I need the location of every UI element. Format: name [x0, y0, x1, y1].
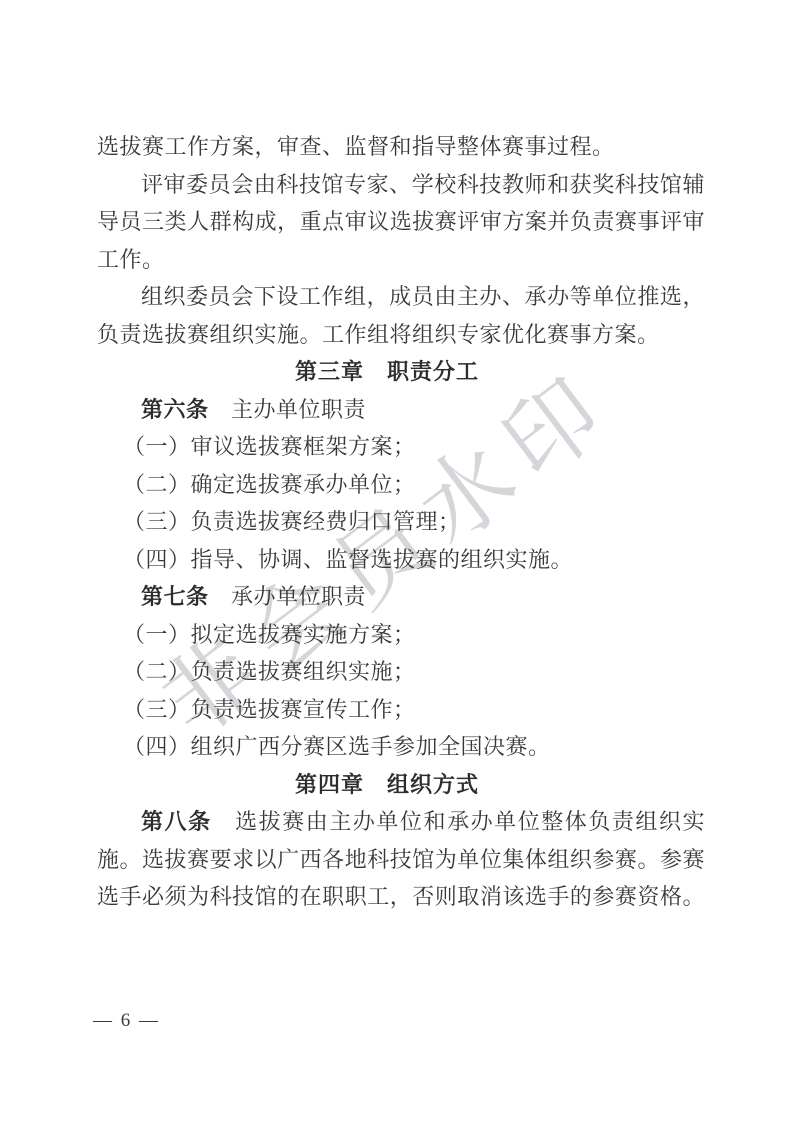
- article-heading: 第八条 选拔赛由主办单位和承办单位整体负责组织实: [97, 803, 705, 841]
- document-content: 选拔赛工作方案，审查、监督和指导整体赛事过程。评审委员会由科技馆专家、学校科技教…: [97, 128, 705, 916]
- text-line: 选手必须为科技馆的在职职工，否则取消该选手的参赛资格。: [97, 878, 705, 916]
- document-page: 非会员水印 选拔赛工作方案，审查、监督和指导整体赛事过程。评审委员会由科技馆专家…: [0, 0, 793, 1121]
- chapter-heading: 第三章 职责分工: [83, 353, 691, 391]
- list-item: （二）确定选拔赛承办单位；: [97, 466, 705, 504]
- list-item: （三）负责选拔赛经费归口管理；: [97, 503, 705, 541]
- list-item: （四）指导、协调、监督选拔赛的组织实施。: [97, 541, 705, 579]
- article-heading: 第六条 主办单位职责: [97, 391, 705, 429]
- chapter-heading: 第四章 组织方式: [83, 766, 691, 804]
- text-line: 负责选拔赛组织实施。工作组将组织专家优化赛事方案。: [97, 316, 705, 354]
- list-item: （四）组织广西分赛区选手参加全国决赛。: [97, 728, 705, 766]
- text-line: 施。选拔赛要求以广西各地科技馆为单位集体组织参赛。参赛: [97, 841, 705, 879]
- article-heading: 第七条 承办单位职责: [97, 578, 705, 616]
- text-line: 选拔赛工作方案，审查、监督和指导整体赛事过程。: [97, 128, 705, 166]
- page-number: — 6 —: [93, 1010, 160, 1032]
- text-line: 评审委员会由科技馆专家、学校科技教师和获奖科技馆辅: [97, 166, 705, 204]
- text-line: 组织委员会下设工作组，成员由主办、承办等单位推选，: [97, 278, 705, 316]
- article-number: 第八条: [141, 809, 212, 834]
- text-line: 导员三类人群构成，重点审议选拔赛评审方案并负责赛事评审: [97, 203, 705, 241]
- list-item: （一）拟定选拔赛实施方案；: [97, 616, 705, 654]
- list-item: （一）审议选拔赛框架方案；: [97, 428, 705, 466]
- article-number: 第六条: [141, 397, 209, 422]
- list-item: （三）负责选拔赛宣传工作；: [97, 691, 705, 729]
- text-line: 工作。: [97, 241, 705, 279]
- article-number: 第七条: [141, 584, 209, 609]
- list-item: （二）负责选拔赛组织实施；: [97, 653, 705, 691]
